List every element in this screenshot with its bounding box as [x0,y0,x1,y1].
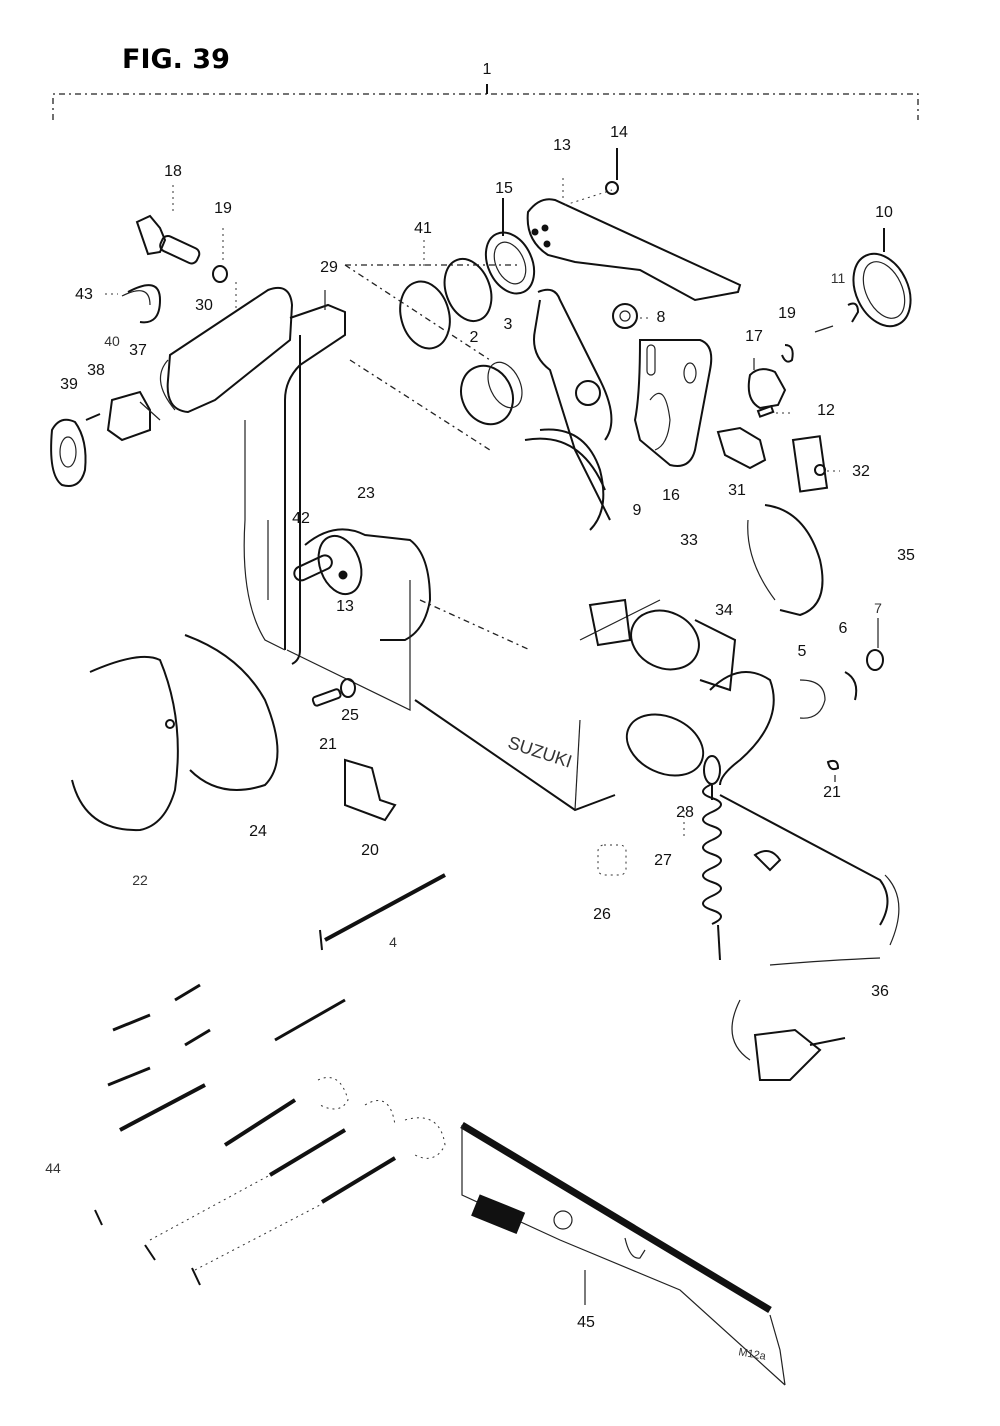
exploded-parts-diagram: FIG. 39 1 18 19 29 30 43 40 37 38 39 41 … [0,0,1000,1426]
panel-part [462,1125,785,1385]
callout-18[interactable]: 18 [164,164,182,180]
callout-16[interactable]: 16 [662,488,680,504]
switch-part [793,436,840,491]
bushing-part [452,357,529,433]
callout-43[interactable]: 43 [75,287,93,303]
callout-10[interactable]: 10 [875,205,893,221]
callout-12[interactable]: 12 [817,403,835,419]
callout-11[interactable]: 11 [831,271,846,285]
plate-part [635,340,711,466]
callout-29[interactable]: 29 [320,260,338,276]
lever-arm-part [244,290,345,664]
callout-13-bracket[interactable]: 13 [553,138,571,154]
motor-part [590,600,735,690]
callout-15[interactable]: 15 [495,181,513,197]
callout-14[interactable]: 14 [610,125,628,141]
callout-2[interactable]: 2 [470,330,479,346]
callout-33[interactable]: 33 [680,533,698,549]
callout-3[interactable]: 3 [504,317,513,333]
cable-part [720,795,899,1080]
callout-22[interactable]: 22 [132,873,148,887]
callout-6[interactable]: 6 [839,621,848,637]
callout-28[interactable]: 28 [676,805,694,821]
bolt-set-part [95,985,445,1285]
callout-36[interactable]: 36 [871,984,889,1000]
diagram-linework [0,0,1000,1426]
bracket-part [528,178,740,300]
coil-cable-part [703,784,721,960]
callout-8[interactable]: 8 [657,310,666,326]
callout-24[interactable]: 24 [249,824,267,840]
callout-32[interactable]: 32 [852,464,870,480]
callout-21-right[interactable]: 21 [823,785,841,801]
callout-38[interactable]: 38 [87,363,105,379]
callout-34[interactable]: 34 [715,603,733,619]
long-bolt-part [320,875,445,950]
callout-37[interactable]: 37 [129,343,147,359]
callout-31[interactable]: 31 [728,483,746,499]
callout-20[interactable]: 20 [361,843,379,859]
figure-title: FIG. 39 [122,44,230,75]
callout-23[interactable]: 23 [357,486,375,502]
callout-19[interactable]: 19 [214,201,232,217]
pulley-part [292,529,430,640]
callout-7[interactable]: 7 [874,601,882,615]
callout-5[interactable]: 5 [798,644,807,660]
callout-25[interactable]: 25 [341,708,359,724]
callout-41[interactable]: 41 [414,221,432,237]
callout-1[interactable]: 1 [483,62,492,78]
callout-30[interactable]: 30 [195,298,213,314]
callout-44[interactable]: 44 [45,1161,61,1175]
callout-45[interactable]: 45 [577,1315,595,1331]
callout-9[interactable]: 9 [633,503,642,519]
callout-27[interactable]: 27 [654,853,672,869]
callout-40[interactable]: 40 [104,334,120,348]
callout-4[interactable]: 4 [389,935,397,949]
knob-shaft-part [137,185,201,265]
callout-21-left[interactable]: 21 [319,737,337,753]
solenoid-part [617,672,774,787]
callout-39[interactable]: 39 [60,377,78,393]
callout-26[interactable]: 26 [593,907,611,923]
callout-35[interactable]: 35 [897,548,915,564]
callout-19-right[interactable]: 19 [778,306,796,322]
callout-17[interactable]: 17 [745,329,763,345]
handle-grip-part [160,288,292,412]
callout-42[interactable]: 42 [292,511,310,527]
callout-13-pulley[interactable]: 13 [336,599,354,615]
